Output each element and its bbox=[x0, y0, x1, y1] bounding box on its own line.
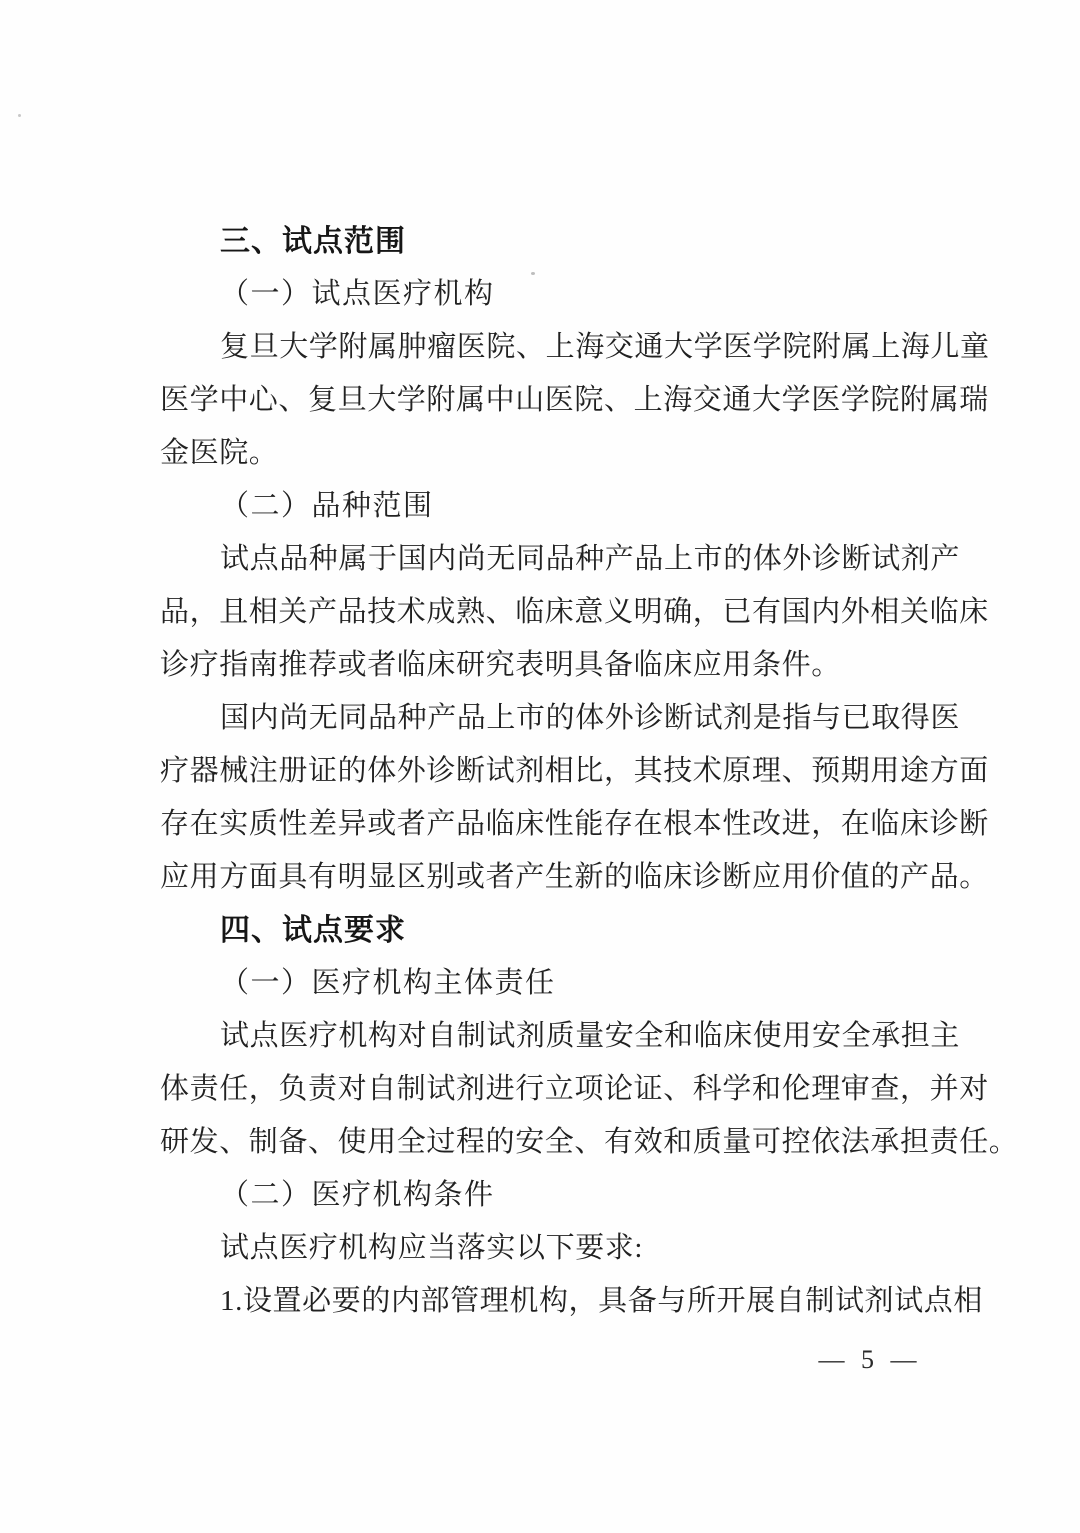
text-line: 国内尚无同品种产品上市的体外诊断试剂是指与已取得医 bbox=[160, 692, 948, 745]
subheading-line: （一）医疗机构主体责任 bbox=[160, 957, 948, 1010]
page-number: — 5 — bbox=[770, 1340, 970, 1380]
heading-line: 四、试点要求 bbox=[160, 904, 948, 957]
text-line: 试点品种属于国内尚无同品种产品上市的体外诊断试剂产 bbox=[160, 533, 948, 586]
subheading-line: （二）品种范围 bbox=[160, 480, 948, 533]
text-line: 应用方面具有明显区别或者产生新的临床诊断应用价值的产品。 bbox=[160, 851, 948, 904]
text-line: 诊疗指南推荐或者临床研究表明具备临床应用条件。 bbox=[160, 639, 948, 692]
text-line: 医学中心、复旦大学附属中山医院、上海交通大学医学院附属瑞 bbox=[160, 374, 948, 427]
heading-line: 三、试点范围 bbox=[160, 215, 948, 268]
subheading-line: （二）医疗机构条件 bbox=[160, 1169, 948, 1222]
text-line: 试点医疗机构应当落实以下要求: bbox=[160, 1222, 948, 1275]
text-line: 1.设置必要的内部管理机构，具备与所开展自制试剂试点相 bbox=[160, 1275, 948, 1328]
subheading-line: （一）试点医疗机构 bbox=[160, 268, 948, 321]
text-line: 存在实质性差异或者产品临床性能存在根本性改进，在临床诊断 bbox=[160, 798, 948, 851]
text-line: 金医院。 bbox=[160, 427, 948, 480]
text-line: 复旦大学附属肿瘤医院、上海交通大学医学院附属上海儿童 bbox=[160, 321, 948, 374]
document-body: 三、试点范围（一）试点医疗机构复旦大学附属肿瘤医院、上海交通大学医学院附属上海儿… bbox=[160, 215, 948, 1328]
text-line: 疗器械注册证的体外诊断试剂相比，其技术原理、预期用途方面 bbox=[160, 745, 948, 798]
text-line: 研发、制备、使用全过程的安全、有效和质量可控依法承担责任。 bbox=[160, 1116, 948, 1169]
text-line: 试点医疗机构对自制试剂质量安全和临床使用安全承担主 bbox=[160, 1010, 948, 1063]
text-line: 体责任，负责对自制试剂进行立项论证、科学和伦理审查，并对 bbox=[160, 1063, 948, 1116]
scan-speck-icon bbox=[18, 114, 21, 117]
text-line: 品，且相关产品技术成熟、临床意义明确，已有国内外相关临床 bbox=[160, 586, 948, 639]
document-page: 三、试点范围（一）试点医疗机构复旦大学附属肿瘤医院、上海交通大学医学院附属上海儿… bbox=[0, 0, 1080, 1533]
